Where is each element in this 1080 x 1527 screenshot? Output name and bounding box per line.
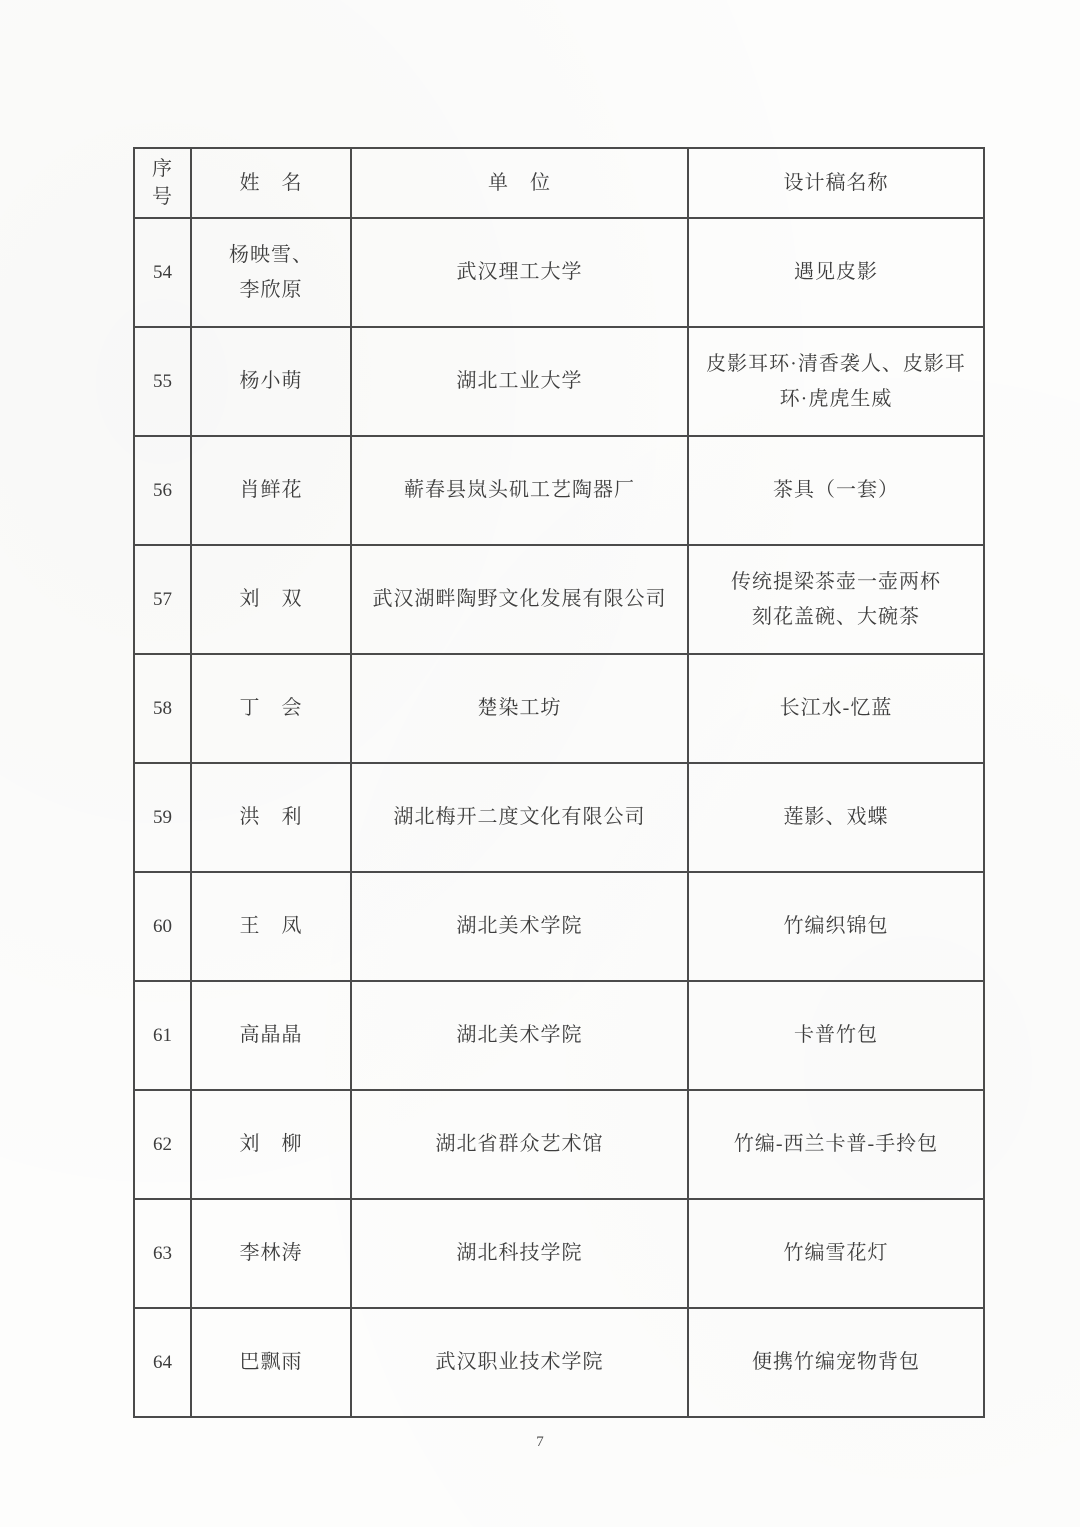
cell-design-name: 莲影、戏蝶 <box>688 763 984 872</box>
cell-unit: 湖北美术学院 <box>351 981 688 1090</box>
cell-serial-no: 59 <box>134 763 191 872</box>
cell-unit: 湖北省群众艺术馆 <box>351 1090 688 1199</box>
table-row: 60 王 凤 湖北美术学院 竹编织锦包 <box>134 872 984 981</box>
table-row: 58 丁 会 楚染工坊 长江水-忆蓝 <box>134 654 984 763</box>
table-row: 64 巴飘雨 武汉职业技术学院 便携竹编宠物背包 <box>134 1308 984 1417</box>
cell-serial-no: 62 <box>134 1090 191 1199</box>
table-row: 55 杨小萌 湖北工业大学 皮影耳环·清香袭人、皮影耳环·虎虎生威 <box>134 327 984 436</box>
cell-design-name: 卡普竹包 <box>688 981 984 1090</box>
cell-unit: 湖北工业大学 <box>351 327 688 436</box>
cell-serial-no: 57 <box>134 545 191 654</box>
cell-name: 肖鲜花 <box>191 436 351 545</box>
table-row: 61 高晶晶 湖北美术学院 卡普竹包 <box>134 981 984 1090</box>
cell-name: 杨映雪、 李欣原 <box>191 218 351 327</box>
cell-design-name: 便携竹编宠物背包 <box>688 1308 984 1417</box>
cell-name: 杨小萌 <box>191 327 351 436</box>
cell-serial-no: 64 <box>134 1308 191 1417</box>
cell-unit: 武汉理工大学 <box>351 218 688 327</box>
cell-serial-no: 60 <box>134 872 191 981</box>
column-header-unit: 单 位 <box>351 148 688 218</box>
cell-name: 巴飘雨 <box>191 1308 351 1417</box>
cell-design-name: 竹编-西兰卡普-手拎包 <box>688 1090 984 1199</box>
column-header-serial-no: 序 号 <box>134 148 191 218</box>
cell-serial-no: 61 <box>134 981 191 1090</box>
cell-unit: 楚染工坊 <box>351 654 688 763</box>
submissions-table: 序 号 姓 名 单 位 设计稿名称 54 杨映雪、 李欣原 武汉理工大学 遇见皮… <box>133 147 985 1418</box>
cell-name: 刘 双 <box>191 545 351 654</box>
cell-design-name: 长江水-忆蓝 <box>688 654 984 763</box>
cell-unit: 武汉湖畔陶野文化发展有限公司 <box>351 545 688 654</box>
table-header-row: 序 号 姓 名 单 位 设计稿名称 <box>134 148 984 218</box>
cell-unit: 武汉职业技术学院 <box>351 1308 688 1417</box>
cell-serial-no: 54 <box>134 218 191 327</box>
table-row: 59 洪 利 湖北梅开二度文化有限公司 莲影、戏蝶 <box>134 763 984 872</box>
cell-unit: 湖北梅开二度文化有限公司 <box>351 763 688 872</box>
scanned-document-page: 序 号 姓 名 单 位 设计稿名称 54 杨映雪、 李欣原 武汉理工大学 遇见皮… <box>0 0 1080 1527</box>
cell-design-name: 皮影耳环·清香袭人、皮影耳环·虎虎生威 <box>688 327 984 436</box>
table-row: 57 刘 双 武汉湖畔陶野文化发展有限公司 传统提梁茶壶一壶两杯 刻花盖碗、大碗… <box>134 545 984 654</box>
cell-design-name: 茶具（一套） <box>688 436 984 545</box>
column-header-name: 姓 名 <box>191 148 351 218</box>
page-number: 7 <box>0 1434 1080 1451</box>
cell-serial-no: 58 <box>134 654 191 763</box>
cell-unit: 湖北美术学院 <box>351 872 688 981</box>
cell-serial-no: 55 <box>134 327 191 436</box>
cell-name: 李林涛 <box>191 1199 351 1308</box>
cell-name: 洪 利 <box>191 763 351 872</box>
column-header-design-name: 设计稿名称 <box>688 148 984 218</box>
cell-name: 丁 会 <box>191 654 351 763</box>
cell-serial-no: 56 <box>134 436 191 545</box>
table-row: 62 刘 柳 湖北省群众艺术馆 竹编-西兰卡普-手拎包 <box>134 1090 984 1199</box>
cell-design-name: 遇见皮影 <box>688 218 984 327</box>
cell-name: 高晶晶 <box>191 981 351 1090</box>
table-row: 56 肖鲜花 蕲春县岚头矶工艺陶器厂 茶具（一套） <box>134 436 984 545</box>
cell-serial-no: 63 <box>134 1199 191 1308</box>
cell-name: 王 凤 <box>191 872 351 981</box>
cell-design-name: 竹编织锦包 <box>688 872 984 981</box>
cell-design-name: 传统提梁茶壶一壶两杯 刻花盖碗、大碗茶 <box>688 545 984 654</box>
cell-unit: 蕲春县岚头矶工艺陶器厂 <box>351 436 688 545</box>
table-row: 63 李林涛 湖北科技学院 竹编雪花灯 <box>134 1199 984 1308</box>
cell-design-name: 竹编雪花灯 <box>688 1199 984 1308</box>
cell-unit: 湖北科技学院 <box>351 1199 688 1308</box>
table-row: 54 杨映雪、 李欣原 武汉理工大学 遇见皮影 <box>134 218 984 327</box>
cell-name: 刘 柳 <box>191 1090 351 1199</box>
